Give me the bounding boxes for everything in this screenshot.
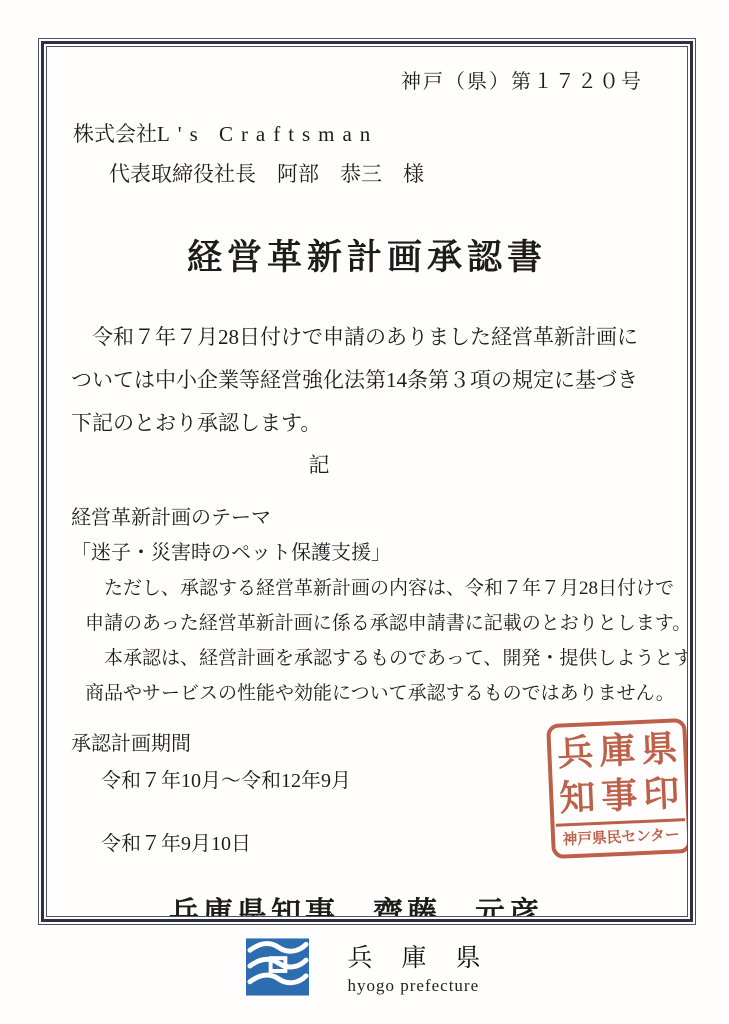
company-latin-name: L's Craftsman [157, 122, 378, 146]
governor-seal-stamp: 兵庫県 知事印 神戸県民センター [546, 718, 688, 859]
condition-line: 申請のあった経営革新計画に係る承認申請書に記載のとおりとします。 [85, 606, 665, 641]
prefecture-name-en: hyogo prefecture [347, 976, 479, 996]
prefecture-name-ja: 兵 庫 県 [347, 938, 482, 974]
certificate-title: 経営革新計画承認書 [69, 230, 665, 280]
certificate-frame: 神戸（県）第１７２０号 株式会社L's Craftsman 代表取締役社長 阿部… [38, 38, 696, 925]
governor-signature: 兵庫県知事 齋藤 元彦 [169, 888, 665, 917]
conditions-block: ただし、承認する経営革新計画の内容は、令和７年７月28日付けで 申請のあった経営… [85, 571, 665, 711]
condition-line: ただし、承認する経営革新計画の内容は、令和７年７月28日付けで [85, 571, 665, 606]
company-prefix: 株式会社 [73, 122, 157, 146]
approval-statement-line: 令和７年７月28日付けで申請のありました経営革新計画に [71, 316, 665, 359]
approval-statement: 令和７年７月28日付けで申請のありました経営革新計画に ついては中小企業等経営強… [71, 316, 665, 445]
approval-statement-line: 下記のとおり承認します。 [71, 402, 665, 445]
certificate-page: 神戸（県）第１７２０号 株式会社L's Craftsman 代表取締役社長 阿部… [0, 0, 729, 1024]
document-number: 神戸（県）第１７２０号 [69, 65, 665, 94]
recipient-company: 株式会社L's Craftsman [73, 118, 665, 148]
recipient-block: 株式会社L's Craftsman 代表取締役社長 阿部 恭三 様 [73, 118, 665, 188]
seal-text-row: 知事印 [552, 771, 686, 822]
approval-statement-line: ついては中小企業等経営強化法第14条第３項の規定に基づき [71, 359, 665, 402]
theme-value: 「迷子・災害時のペット保護支援」 [71, 536, 665, 565]
theme-label: 経営革新計画のテーマ [71, 501, 665, 530]
hyogo-prefecture-logo-icon [246, 938, 309, 996]
ki-heading: 記 [69, 449, 665, 479]
condition-line: 本承認は、経営計画を承認するものであって、開発・提供しようとする [85, 641, 665, 676]
prefecture-footer: 兵 庫 県 hyogo prefecture [0, 938, 729, 996]
seal-text-row: 兵庫県 [550, 726, 684, 777]
recipient-representative: 代表取締役社長 阿部 恭三 様 [109, 158, 665, 188]
seal-office-band: 神戸県民センター [556, 818, 687, 855]
condition-line: 商品やサービスの性能や効能について承認するものではありません。 [85, 676, 665, 711]
